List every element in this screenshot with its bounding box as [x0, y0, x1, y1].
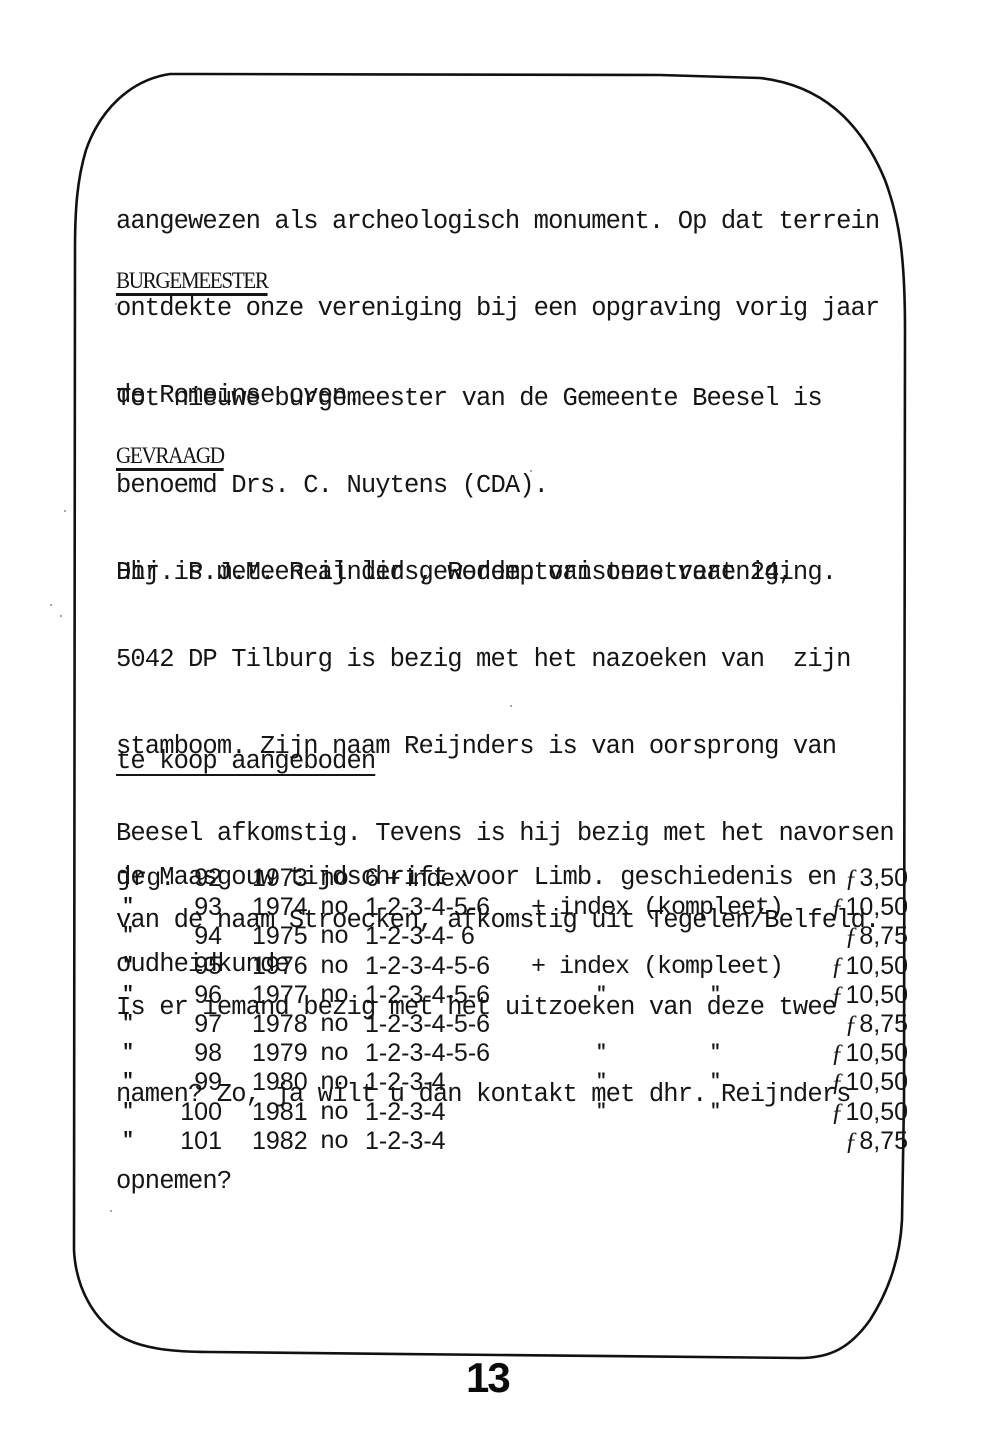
volume-year: 1978 — [252, 1010, 308, 1039]
volume-prefix: jrg. — [118, 864, 174, 893]
scan-speck — [110, 1210, 112, 1212]
issues-list: 1-2-3-4-5-6 — [365, 952, 490, 981]
ditto-mark: " — [596, 985, 607, 1005]
volume-prefix: " — [122, 955, 134, 978]
table-row: "951976no1-2-3-4-5-6+ index (kompleet)ƒ1… — [118, 952, 908, 981]
issues-list: 1-2-3-4-5-6 — [365, 1010, 490, 1039]
volume-prefix: " — [122, 925, 134, 948]
currency-symbol: ƒ — [831, 1040, 844, 1067]
ditto-mark: " — [596, 1043, 607, 1063]
volume-number: 96 — [178, 981, 222, 1010]
volume-year: 1973 — [252, 864, 308, 893]
currency-symbol: ƒ — [845, 865, 858, 892]
scan-speck — [50, 604, 52, 606]
issues-label: no — [320, 981, 348, 1010]
currency-symbol: ƒ — [831, 894, 844, 921]
issues-list: 6 + index — [365, 864, 467, 893]
currency-symbol: ƒ — [831, 1099, 844, 1126]
table-row: "1001981no1-2-3-4""ƒ10,50 — [118, 1098, 908, 1127]
volume-year: 1975 — [252, 922, 308, 951]
text-line: 5042 DP Tilburg is bezig met het nazoeke… — [116, 645, 894, 674]
volume-prefix: " — [122, 1013, 134, 1036]
issues-extra: + index (kompleet) — [531, 893, 783, 922]
volume-number: 94 — [178, 922, 222, 951]
issues-list: 1-2-3-4 — [365, 1127, 446, 1156]
price-amount: 8,75 — [859, 1010, 908, 1038]
price: ƒ10,50 — [831, 1039, 908, 1068]
volume-number: 101 — [178, 1127, 222, 1156]
currency-symbol: ƒ — [845, 1128, 858, 1155]
volume-number: 100 — [178, 1098, 222, 1127]
issues-label: no — [320, 952, 348, 981]
price-amount: 3,50 — [859, 864, 908, 892]
table-row: "981979no1-2-3-4-5-6""ƒ10,50 — [118, 1039, 908, 1068]
currency-symbol: ƒ — [845, 1011, 858, 1038]
price: ƒ8,75 — [845, 1010, 908, 1039]
table-row: jrg.921973no6 + indexƒ3,50 — [118, 864, 908, 893]
volume-year: 1977 — [252, 981, 308, 1010]
currency-symbol: ƒ — [831, 982, 844, 1009]
scan-speck — [425, 745, 427, 747]
price: ƒ10,50 — [831, 1068, 908, 1097]
price: ƒ10,50 — [831, 981, 908, 1010]
price-amount: 10,50 — [845, 1098, 908, 1126]
price: ƒ3,50 — [845, 864, 908, 893]
price-amount: 8,75 — [859, 922, 908, 950]
issues-label: no — [320, 893, 348, 922]
ditto-mark: " — [710, 1072, 721, 1092]
issues-label: no — [320, 922, 348, 951]
price-amount: 10,50 — [845, 952, 908, 980]
volume-number: 95 — [178, 952, 222, 981]
volume-year: 1976 — [252, 952, 308, 981]
ditto-mark: " — [596, 1102, 607, 1122]
table-row: "991980no1-2-3-4""ƒ10,50 — [118, 1068, 908, 1097]
scan-speck — [510, 705, 512, 707]
issues-list: 1-2-3-4-5-6 — [365, 1039, 490, 1068]
table-row: "961977no1-2-3-4-5-6""ƒ10,50 — [118, 981, 908, 1010]
volume-prefix: " — [122, 1101, 134, 1124]
volume-year: 1981 — [252, 1098, 308, 1127]
ditto-mark: " — [710, 1043, 721, 1063]
ditto-mark: " — [596, 1072, 607, 1092]
volume-prefix: " — [122, 896, 134, 919]
issues-label: no — [320, 1098, 348, 1127]
issues-label: no — [320, 1068, 348, 1097]
ditto-mark: " — [710, 1102, 721, 1122]
volume-year: 1979 — [252, 1039, 308, 1068]
issues-label: no — [320, 1039, 348, 1068]
text-line: opnemen? — [116, 1167, 894, 1196]
issues-extra: + index (kompleet) — [531, 952, 783, 981]
volume-number: 97 — [178, 1010, 222, 1039]
issues-list: 1-2-3-4- 6 — [365, 922, 475, 951]
scan-speck — [60, 615, 62, 617]
issues-label: no — [320, 864, 348, 893]
table-row: "1011982no1-2-3-4ƒ8,75 — [118, 1127, 908, 1156]
issues-list: 1-2-3-4 — [365, 1098, 446, 1127]
price: ƒ10,50 — [831, 952, 908, 981]
table-row: "931974no1-2-3-4-5-6+ index (kompleet)ƒ1… — [118, 893, 908, 922]
volume-number: 93 — [178, 893, 222, 922]
issues-label: no — [320, 1127, 348, 1156]
issues-list: 1-2-3-4 — [365, 1068, 446, 1097]
price-amount: 10,50 — [845, 1068, 908, 1096]
issues-list: 1-2-3-4-5-6 — [365, 893, 490, 922]
table-row: "971978no1-2-3-4-5-6ƒ8,75 — [118, 1010, 908, 1039]
volume-year: 1974 — [252, 893, 308, 922]
section-heading-te-koop: te koop aangeboden — [116, 747, 375, 776]
price-amount: 8,75 — [859, 1127, 908, 1155]
volume-prefix: " — [122, 1042, 134, 1065]
scan-speck — [64, 510, 66, 512]
issues-list: 1-2-3-4-5-6 — [365, 981, 490, 1010]
price-amount: 10,50 — [845, 1039, 908, 1067]
volume-prefix: " — [122, 984, 134, 1007]
volume-number: 99 — [178, 1068, 222, 1097]
text-line: benoemd Drs. C. Nuytens (CDA). — [116, 471, 836, 500]
price-amount: 10,50 — [845, 981, 908, 1009]
ditto-mark: " — [710, 985, 721, 1005]
volume-year: 1982 — [252, 1127, 308, 1156]
volume-year: 1980 — [252, 1068, 308, 1097]
price-amount: 10,50 — [845, 893, 908, 921]
sale-table: jrg.921973no6 + indexƒ3,50"931974no1-2-3… — [118, 864, 908, 1156]
currency-symbol: ƒ — [845, 923, 858, 950]
volume-number: 98 — [178, 1039, 222, 1068]
section-heading-gevraagd: GEVRAAGD — [116, 443, 224, 469]
volume-prefix: " — [122, 1130, 134, 1153]
text-line: ontdekte onze vereniging bij een opgravi… — [116, 294, 879, 323]
scan-speck — [115, 303, 117, 305]
volume-number: 92 — [178, 864, 222, 893]
page-number: 13 — [466, 1354, 509, 1402]
table-row: "941975no1-2-3-4- 6ƒ8,75 — [118, 922, 908, 951]
scan-speck — [530, 470, 532, 472]
text-line: aangewezen als archeologisch monument. O… — [116, 207, 879, 236]
currency-symbol: ƒ — [831, 1069, 844, 1096]
text-line: Dhr. P.J.M. Reijnders, Redemptoristenstr… — [116, 558, 894, 587]
volume-prefix: " — [122, 1071, 134, 1094]
section-heading-burgemeester: BURGEMEESTER — [116, 268, 268, 294]
price: ƒ8,75 — [845, 1127, 908, 1156]
issues-label: no — [320, 1010, 348, 1039]
currency-symbol: ƒ — [831, 953, 844, 980]
price: ƒ8,75 — [845, 922, 908, 951]
price: ƒ10,50 — [831, 1098, 908, 1127]
price: ƒ10,50 — [831, 893, 908, 922]
text-line: Tot nieuwe burgemeester van de Gemeente … — [116, 384, 836, 413]
